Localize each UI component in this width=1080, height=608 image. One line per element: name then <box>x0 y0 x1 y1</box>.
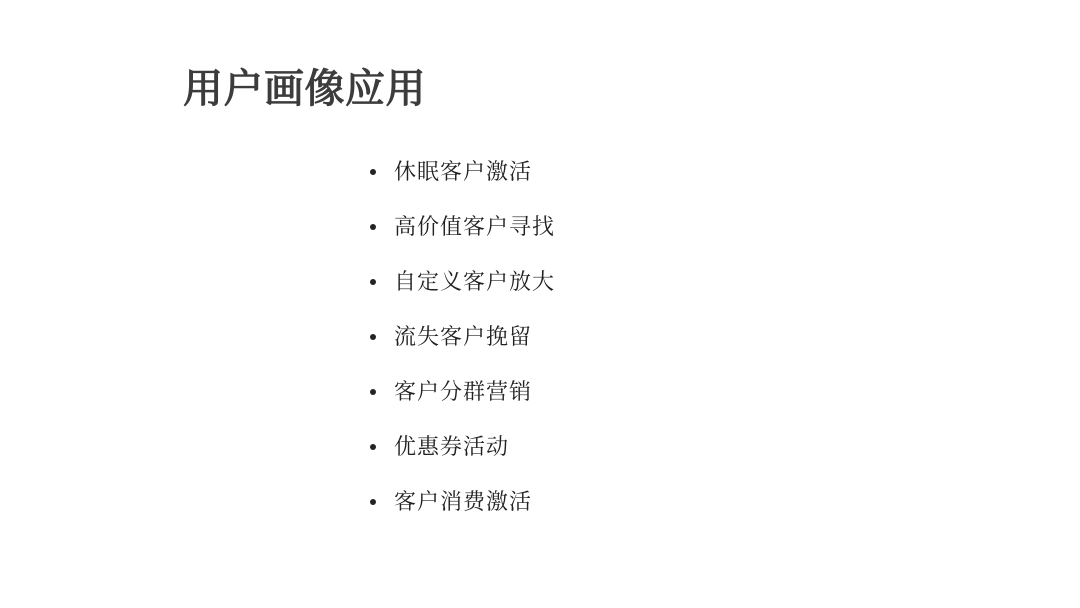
list-item: 客户分群营销 <box>370 380 555 404</box>
list-item-label: 流失客户挽留 <box>394 325 532 349</box>
bullet-dot-icon <box>370 334 376 340</box>
list-item: 客户消费激活 <box>370 490 555 514</box>
bullet-dot-icon <box>370 224 376 230</box>
list-item-label: 优惠券活动 <box>394 435 509 459</box>
bullet-dot-icon <box>370 169 376 175</box>
page-title: 用户画像应用 <box>183 57 426 114</box>
list-item-label: 休眠客户激活 <box>394 160 532 184</box>
list-item-label: 客户消费激活 <box>394 490 532 514</box>
list-item: 休眠客户激活 <box>370 160 555 184</box>
list-item-label: 自定义客户放大 <box>394 270 555 294</box>
list-item: 优惠券活动 <box>370 435 555 459</box>
list-item: 自定义客户放大 <box>370 270 555 294</box>
list-item: 流失客户挽留 <box>370 325 555 349</box>
bullet-dot-icon <box>370 444 376 450</box>
bullet-dot-icon <box>370 389 376 395</box>
list-item: 高价值客户寻找 <box>370 215 555 239</box>
list-item-label: 客户分群营销 <box>394 380 532 404</box>
bullet-dot-icon <box>370 499 376 505</box>
slide-canvas: 用户画像应用 休眠客户激活 高价值客户寻找 自定义客户放大 流失客户挽留 客户分… <box>0 0 1080 608</box>
bullet-dot-icon <box>370 279 376 285</box>
list-item-label: 高价值客户寻找 <box>394 215 555 239</box>
bullet-list: 休眠客户激活 高价值客户寻找 自定义客户放大 流失客户挽留 客户分群营销 优惠券… <box>370 160 555 514</box>
